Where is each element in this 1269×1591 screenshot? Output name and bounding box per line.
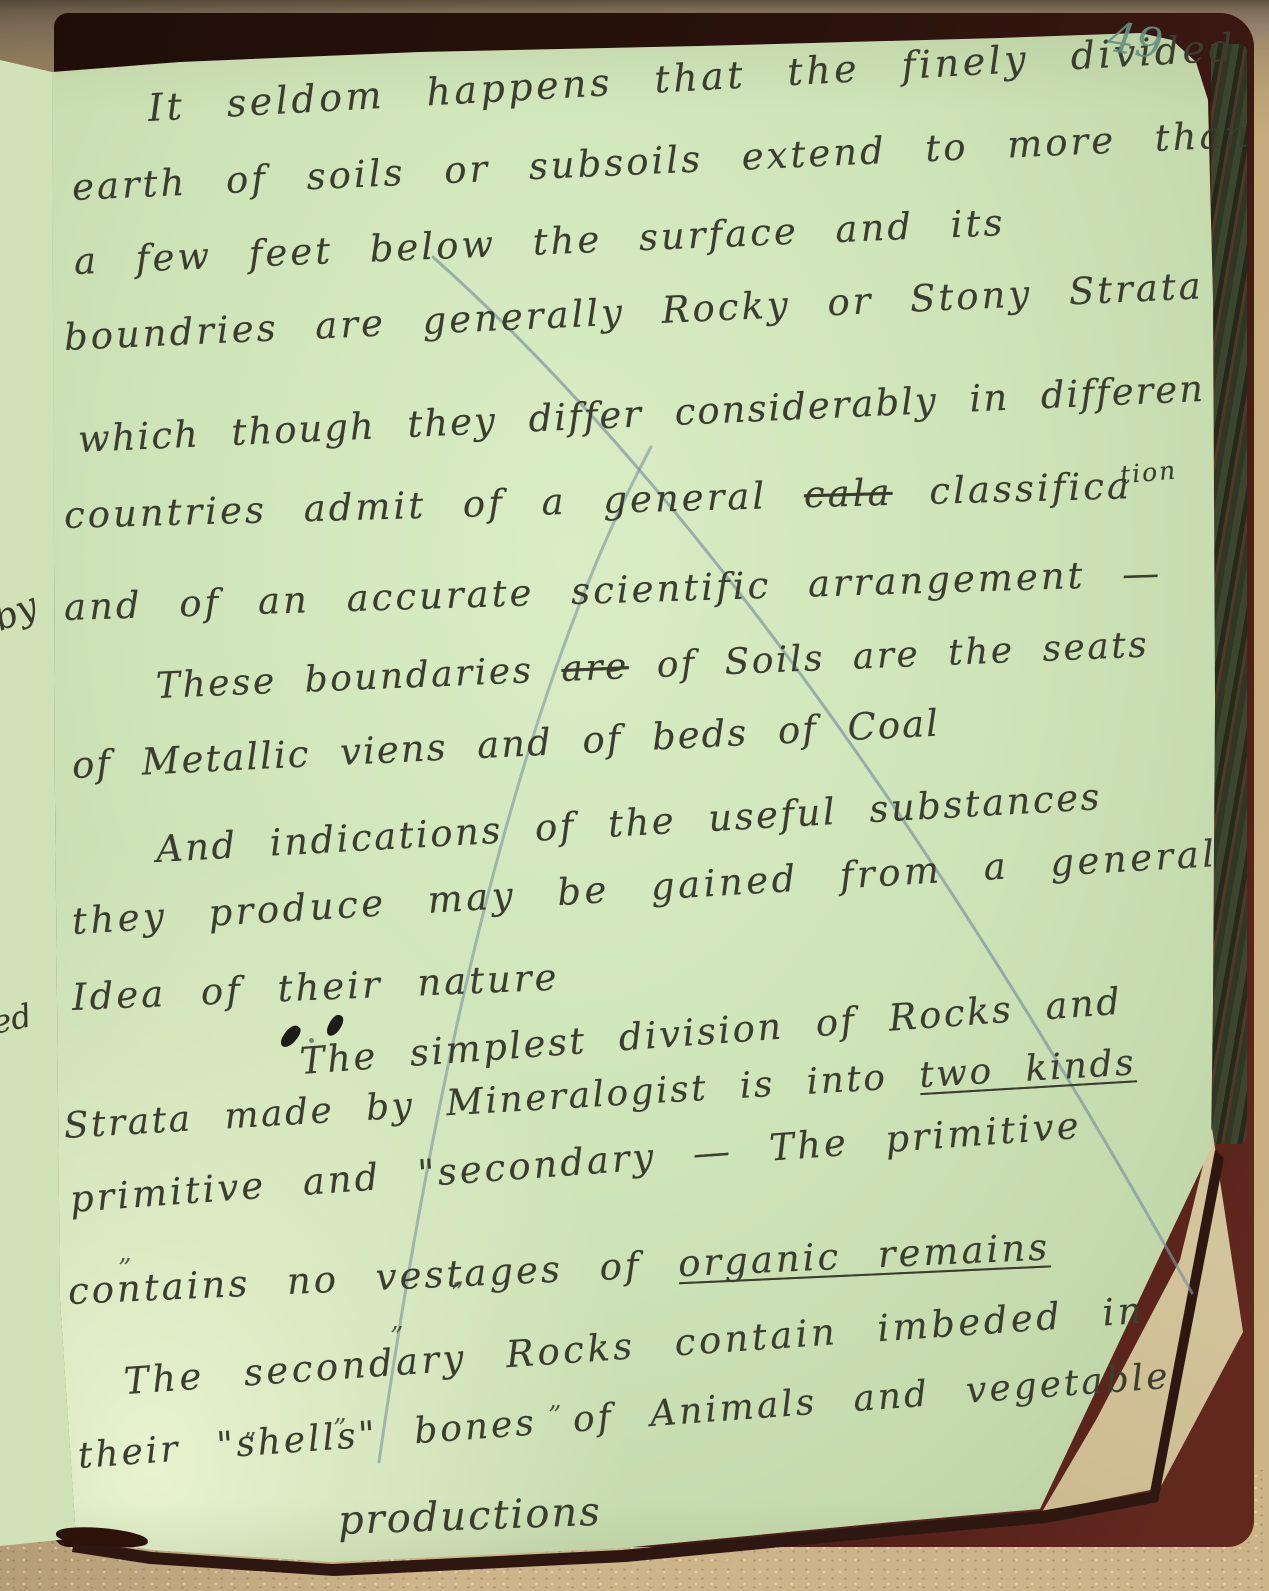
ditto-mark: ” bbox=[333, 1414, 346, 1444]
strike-text: are bbox=[561, 646, 630, 690]
book-fore-edge-marbling bbox=[1211, 44, 1247, 1144]
handwriting-text: classifica bbox=[892, 464, 1133, 514]
ditto-mark: ” bbox=[243, 1428, 256, 1458]
inserted-superscript-word: tion bbox=[1119, 456, 1179, 490]
ditto-mark: ” bbox=[118, 1254, 131, 1284]
handwriting-line: productions bbox=[337, 1489, 602, 1544]
handwriting-text: productions bbox=[337, 1489, 602, 1544]
ink-blot bbox=[309, 1038, 314, 1043]
strike-text: cala bbox=[803, 471, 893, 516]
ditto-mark: ” bbox=[390, 1322, 403, 1352]
ditto-mark: ” bbox=[548, 1401, 561, 1431]
photographed-manuscript-page: It seldom happens that the finely divide… bbox=[0, 0, 1269, 1591]
page-number: 49 bbox=[1105, 12, 1167, 69]
